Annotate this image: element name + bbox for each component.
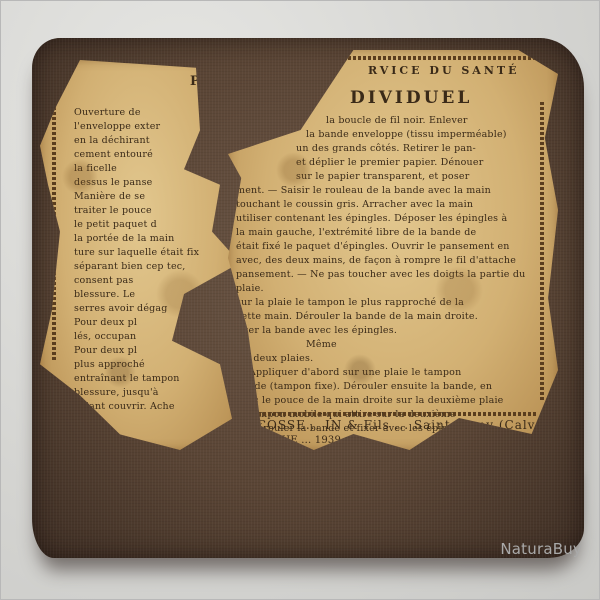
photo-border [0, 0, 600, 600]
